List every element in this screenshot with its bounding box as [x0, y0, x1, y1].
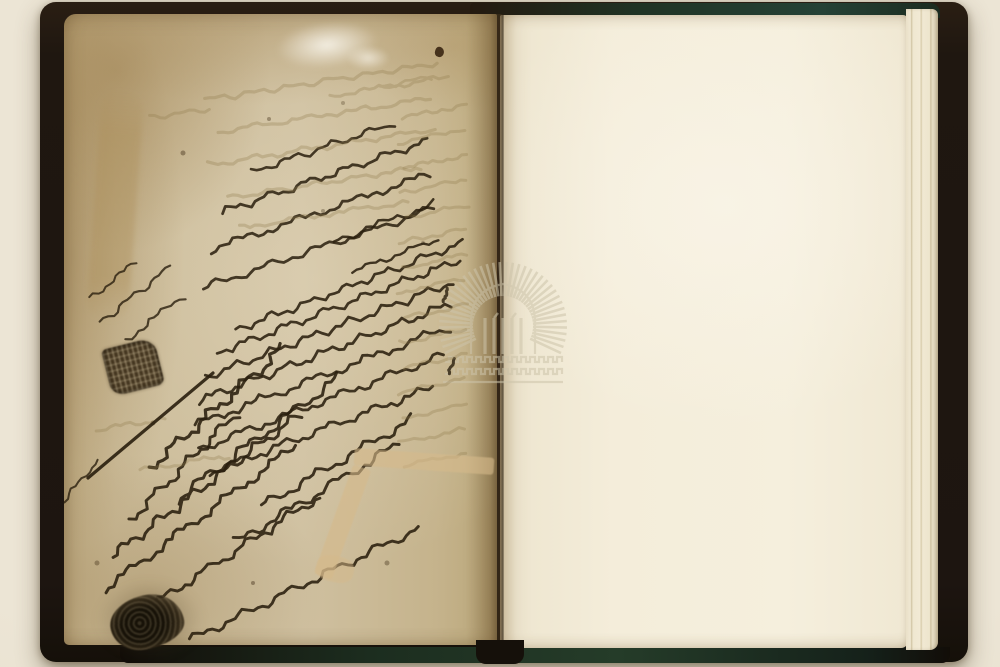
left-flyleaf-page [64, 14, 497, 645]
cover-bottom-green-edge [120, 647, 950, 663]
spine-notch [476, 640, 524, 664]
right-blank-page [500, 15, 908, 648]
fore-edge-page-stack [906, 9, 938, 650]
ink-speck [434, 46, 446, 58]
manuscript-photo: Photograph of an open handwritten Persia… [0, 0, 1000, 667]
photo-caption: Photograph of an open handwritten Persia… [0, 0, 1, 1]
vertical-stain-strip [86, 89, 144, 323]
gutter-shadow [466, 14, 504, 645]
abrasion-white-patch-small [346, 46, 390, 70]
paper-specks [64, 14, 66, 16]
